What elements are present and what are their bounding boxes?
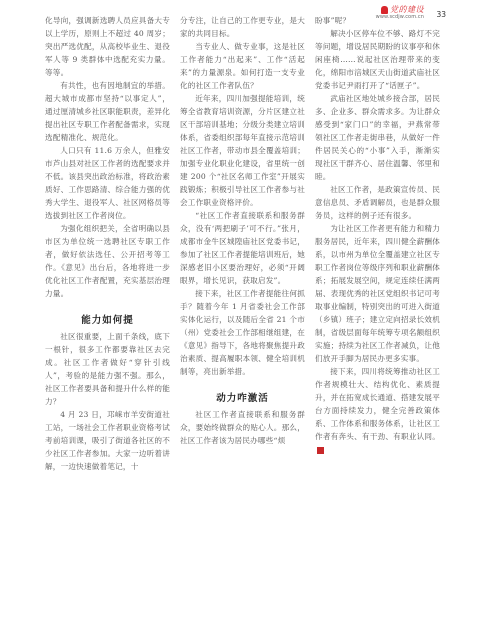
paragraph: 接下来，社区工作者提能往何抓手？随着今年 1 月省委社会工作部实体化运行，以及随… [180,287,305,378]
party-emblem-icon [381,6,388,14]
paragraph: 有共性，也有因地制宜的举措。超大城市成都市坚持“以事定人”，通过厘清城乡社区职能… [45,79,170,144]
paragraph: 社区很重要，上面千条线，底下一根针，很多工作都要靠社区去完成。社区工作者做好“穿… [45,330,170,408]
paragraph: 当专业人、做专业事，这是社区工作者能力“出起来”、工作“活起来”的力量源泉。如何… [180,40,305,92]
article-body: 化导向，强调新选聘人员应具备大专以上学历，原则上不超过 40 周岁；突出严选优配… [45,14,441,473]
section-heading: 能力如何提 [45,314,170,328]
column-3: 盼事”呢？ 解决小区停车位不够、路灯不完等问题，增设居民期盼的议事亭和休闲座椅…… [315,14,440,473]
paragraph: 解决小区停车位不够、路灯不完等问题，增设居民期盼的议事亭和休闲座椅……说起社区治… [315,27,440,92]
paragraph: 武庙社区地处城乡接合部，居民多、企业多、群众需求多。为让群众感受到“家门口”的幸… [315,92,440,183]
paragraph: 4 月 23 日，邛崃市羊安街道社工站，一场社会工作者职业资格考试考前培训课，吸… [45,408,170,473]
paragraph: 化导向，强调新选聘人员应具备大专以上学历，原则上不超过 40 周岁；突出严选优配… [45,14,170,79]
paragraph: 为强化组织把关，全省明确以县市区为单位统一选聘社区专职工作者，做好依法选任、公开… [45,222,170,300]
paragraph: 为让社区工作者更有能力和精力服务居民，近年来，四川健全薪酬体系，以市州为单位全覆… [315,222,440,365]
paragraph: 社区工作者直接联系和服务群众，要始终做群众的贴心人。那么，社区工作者该为居民办哪… [180,408,305,447]
section-heading: 动力咋激活 [180,392,305,406]
paragraph: 分专注，让自己的工作更专业，是大家的共同目标。 [180,14,305,40]
article-end-mark-icon [317,447,324,454]
paragraph: 近年来，四川加强提能培训，统筹全省教育培训资源，分片区建立社区干部培训基地；分级… [180,92,305,209]
column-1: 化导向，强调新选聘人员应具备大专以上学历，原则上不超过 40 周岁；突出严选优配… [45,14,170,473]
paragraph: 人口只有 11.6 万余人，但雅安市芦山县对社区工作者的选配要求并不低。该县突出… [45,144,170,222]
paragraph: 盼事”呢？ [315,14,440,27]
paragraph: 社区工作者，是政策宣传员、民意信息员、矛盾调解员，也是群众服务员，这样的例子还有… [315,183,440,222]
paragraph-text: 接下来，四川将统筹推动社区工作者规模壮大、结构优化、素质提升，并在拓宽成长通道、… [315,367,440,441]
column-2: 分专注，让自己的工作更专业，是大家的共同目标。 当专业人、做专业事，这是社区工作… [180,14,305,473]
paragraph: “社区工作者直接联系和服务群众，没有‘两把刷子’可不行。”张月，成都市金牛区城隍… [180,209,305,287]
paragraph-final: 接下来，四川将统筹推动社区工作者规模壮大、结构优化、素质提升，并在拓宽成长通道、… [315,365,440,456]
